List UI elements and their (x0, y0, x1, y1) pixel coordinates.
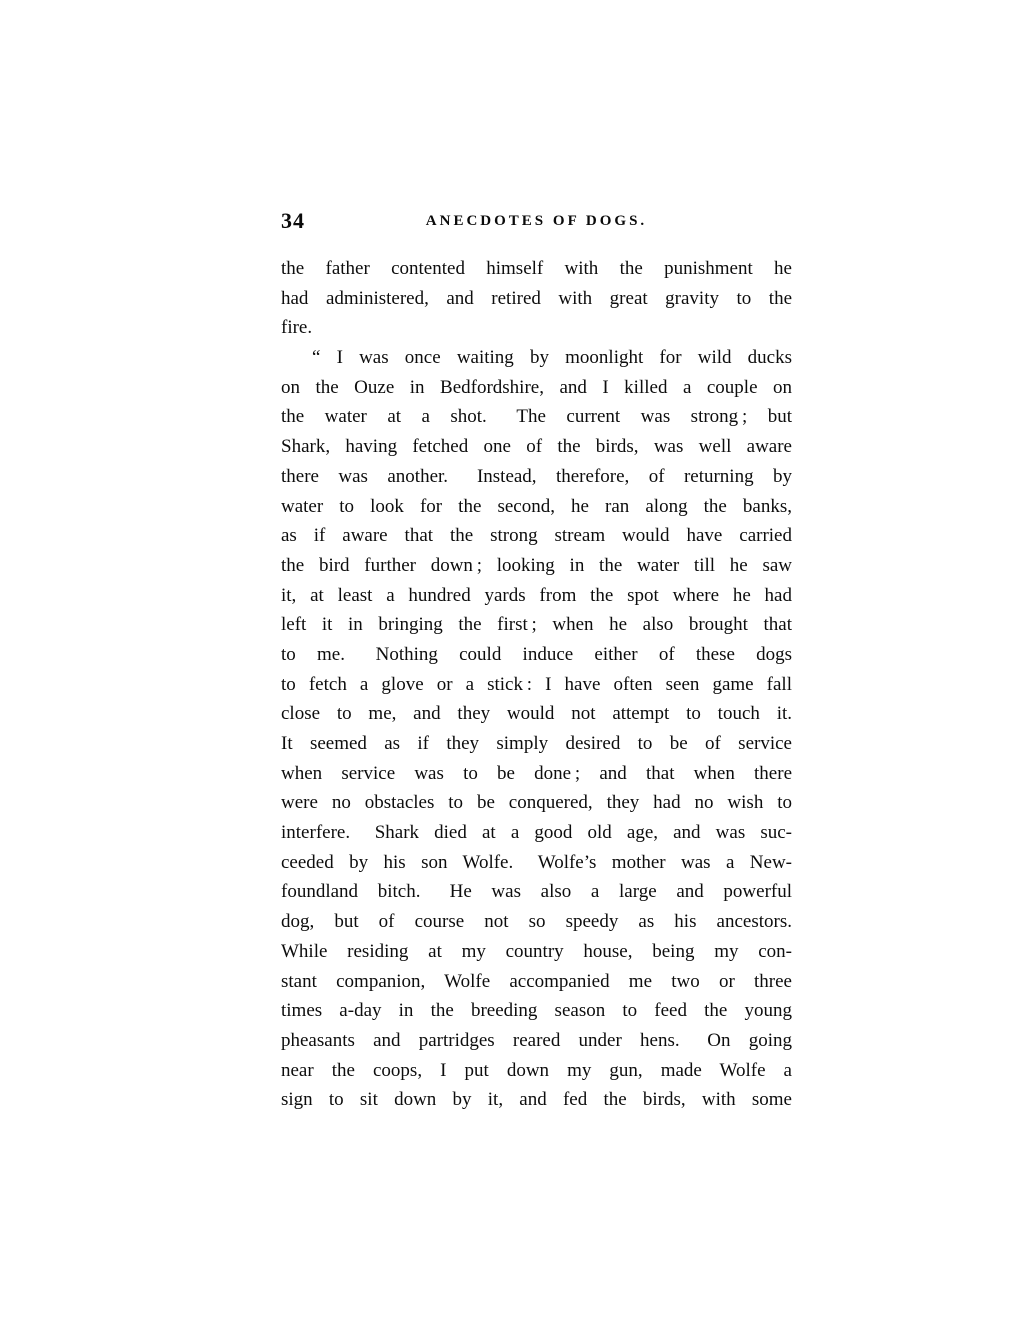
text-line: stant companion, Wolfe accompanied me tw… (281, 967, 792, 997)
text-line: to me. Nothing could induce either of th… (281, 640, 792, 670)
text-line: sign to sit down by it, and fed the bird… (281, 1085, 792, 1115)
text-line: left it in bringing the first ; when he … (281, 610, 792, 640)
text-line: the bird further down ; looking in the w… (281, 551, 792, 581)
text-line: It seemed as if they simply desired to b… (281, 729, 792, 759)
text-line: water to look for the second, he ran alo… (281, 492, 792, 522)
text-line: were no obstacles to be conquered, they … (281, 788, 792, 818)
text-line: the father contented himself with the pu… (281, 254, 792, 284)
running-title: ANECDOTES OF DOGS. (281, 208, 792, 230)
text-line: ceeded by his son Wolfe. Wolfe’s mother … (281, 848, 792, 878)
text-line: dog, but of course not so speedy as his … (281, 907, 792, 937)
text-line: foundland bitch. He was also a large and… (281, 877, 792, 907)
book-page: 34 ANECDOTES OF DOGS. the father content… (0, 0, 1033, 1339)
text-line: as if aware that the strong stream would… (281, 521, 792, 551)
text-line: near the coops, I put down my gun, made … (281, 1056, 792, 1086)
text-line: fire. (281, 313, 792, 343)
text-line: it, at least a hundred yards from the sp… (281, 581, 792, 611)
text-line: Shark, having fetched one of the birds, … (281, 432, 792, 462)
text-line: had administered, and retired with great… (281, 284, 792, 314)
text-line: close to me, and they would not attempt … (281, 699, 792, 729)
text-line: the water at a shot. The current was str… (281, 402, 792, 432)
text-line: to fetch a glove or a stick : I have oft… (281, 670, 792, 700)
text-line: times a-day in the breeding season to fe… (281, 996, 792, 1026)
text-line: “ I was once waiting by moonlight for wi… (281, 343, 792, 373)
text-line: there was another. Instead, therefore, o… (281, 462, 792, 492)
text-line: pheasants and partridges reared under he… (281, 1026, 792, 1056)
page-header: 34 ANECDOTES OF DOGS. (281, 208, 792, 234)
text-line: on the Ouze in Bedfordshire, and I kille… (281, 373, 792, 403)
page-number: 34 (281, 208, 305, 234)
text-line: While residing at my country house, bein… (281, 937, 792, 967)
page-body: the father contented himself with the pu… (281, 254, 792, 1115)
text-line: when service was to be done ; and that w… (281, 759, 792, 789)
text-line: interfere. Shark died at a good old age,… (281, 818, 792, 848)
